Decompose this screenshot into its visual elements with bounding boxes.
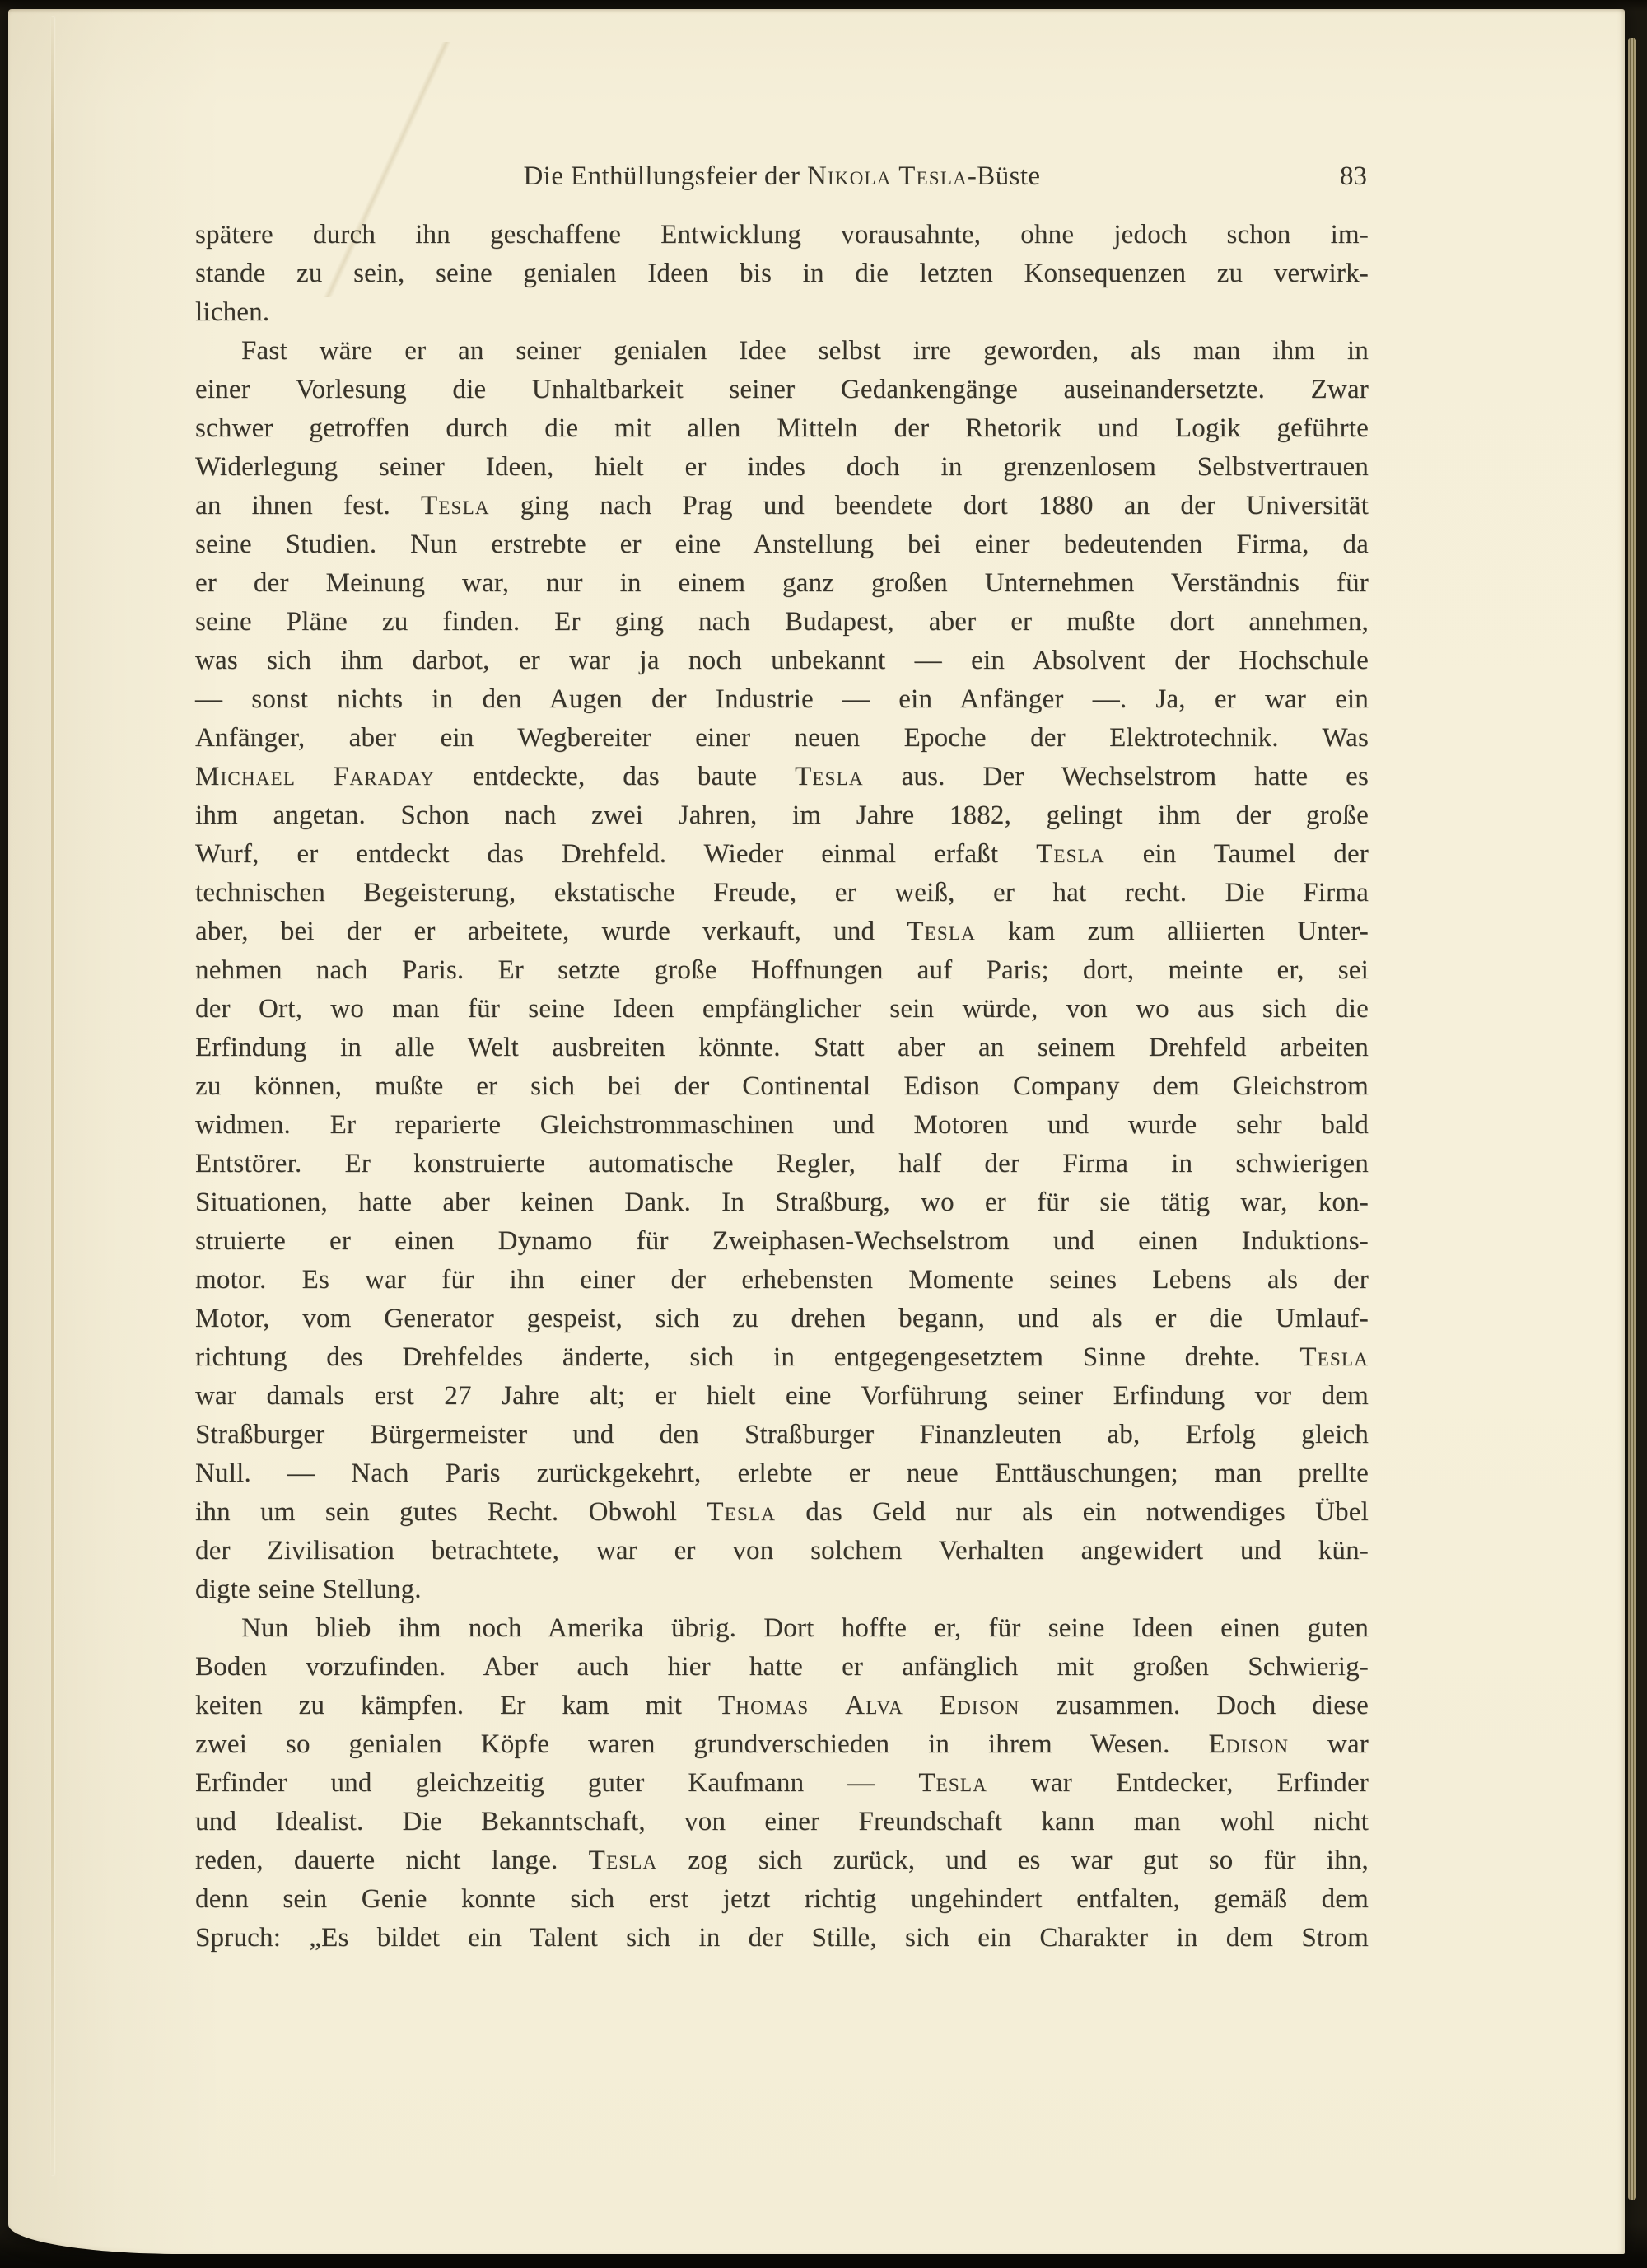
body-line: technischen Begeisterung, ekstatische Fr… <box>195 874 1369 912</box>
small-caps-name: Tesla <box>918 1768 987 1798</box>
body-line: Fast wäre er an seiner genialen Idee sel… <box>195 332 1369 371</box>
small-caps-name: Michael <box>195 762 296 791</box>
body-line: digte seine Stellung. <box>195 1570 1369 1609</box>
page-edge-stack <box>1628 38 1636 2200</box>
body-line: seine Studien. Nun erstrebte er eine Ans… <box>195 525 1369 564</box>
body-line: Erfindung in alle Welt ausbreiten könnte… <box>195 1029 1369 1067</box>
small-caps-name: Faraday <box>334 762 435 791</box>
small-caps-name: Alva <box>845 1691 903 1720</box>
body-line: Boden vorzufinden. Aber auch hier hatte … <box>195 1648 1369 1687</box>
body-line: Nun blieb ihm noch Amerika übrig. Dort h… <box>195 1609 1369 1648</box>
small-caps-name: Tesla <box>898 161 968 191</box>
body-line: denn sein Genie konnte sich erst jetzt r… <box>195 1880 1369 1919</box>
scanned-book-photo: Die Enthüllungsfeier der Nikola Tesla-Bü… <box>0 0 1647 2268</box>
body-line: motor. Es war für ihn einer der erhebens… <box>195 1261 1369 1300</box>
body-line: was sich ihm darbot, er war ja noch unbe… <box>195 642 1369 680</box>
body-line: seine Pläne zu finden. Er ging nach Buda… <box>195 603 1369 642</box>
small-caps-name: Thomas <box>718 1691 809 1720</box>
small-caps-name: Tesla <box>1036 839 1105 869</box>
body-line: ihn um sein gutes Recht. Obwohl Tesla da… <box>195 1493 1369 1532</box>
body-line: einer Vorlesung die Unhaltbarkeit seiner… <box>195 371 1369 409</box>
body-line: und Idealist. Die Bekanntschaft, von ein… <box>195 1803 1369 1841</box>
small-caps-name: Tesla <box>589 1846 658 1875</box>
body-line: der Ort, wo man für seine Ideen empfängl… <box>195 990 1369 1029</box>
small-caps-name: Tesla <box>707 1497 776 1527</box>
body-line: richtung des Drehfeldes änderte, sich in… <box>195 1338 1369 1377</box>
body-line: Widerlegung seiner Ideen, hielt er indes… <box>195 448 1369 487</box>
body-line: Straßburger Bürgermeister und den Straßb… <box>195 1416 1369 1454</box>
body-line: er der Meinung war, nur in einem ganz gr… <box>195 564 1369 603</box>
body-line: keiten zu kämpfen. Er kam mit Thomas Alv… <box>195 1687 1369 1725</box>
body-line: reden, dauerte nicht lange. Tesla zog si… <box>195 1841 1369 1880</box>
body-line: nehmen nach Paris. Er setzte große Hoffn… <box>195 951 1369 990</box>
small-caps-name: Tesla <box>795 762 864 791</box>
body-line: Situationen, hatte aber keinen Dank. In … <box>195 1183 1369 1222</box>
small-caps-name: Tesla <box>421 491 490 520</box>
gutter-crease-line <box>51 17 54 2175</box>
small-caps-name: Tesla <box>1299 1342 1369 1372</box>
body-line: struierte er einen Dynamo für Zweiphasen… <box>195 1222 1369 1261</box>
body-line: Anfänger, aber ein Wegbereiter einer neu… <box>195 719 1369 758</box>
text-block: spätere durch ihn geschaffene Entwicklun… <box>195 216 1369 1958</box>
body-line: ihm angetan. Schon nach zwei Jahren, im … <box>195 796 1369 835</box>
body-line: — sonst nichts in den Augen der Industri… <box>195 680 1369 719</box>
small-caps-name: Edison <box>1208 1729 1289 1759</box>
body-line: Erfinder und gleichzeitig guter Kaufmann… <box>195 1764 1369 1803</box>
body-line: Entstörer. Er konstruierte automatische … <box>195 1145 1369 1183</box>
body-line: war damals erst 27 Jahre alt; er hielt e… <box>195 1377 1369 1416</box>
body-line: Michael Faraday entdeckte, das baute Tes… <box>195 758 1369 796</box>
running-title: Die Enthüllungsfeier der Nikola Tesla-Bü… <box>195 158 1369 194</box>
body-line: aber, bei der er arbeitete, wurde verkau… <box>195 912 1369 951</box>
body-line: schwer getroffen durch die mit allen Mit… <box>195 409 1369 448</box>
body-line: Motor, vom Generator gespeist, sich zu d… <box>195 1300 1369 1338</box>
body-line: stande zu sein, seine genialen Ideen bis… <box>195 254 1369 293</box>
page-header: Die Enthüllungsfeier der Nikola Tesla-Bü… <box>195 158 1369 194</box>
body-line: widmen. Er reparierte Gleichstrommaschin… <box>195 1106 1369 1145</box>
body-line: Spruch: „Es bildet ein Talent sich in de… <box>195 1919 1369 1958</box>
body-line: Null. — Nach Paris zurückgekehrt, erlebt… <box>195 1454 1369 1493</box>
small-caps-name: Nikola <box>807 161 892 191</box>
body-line: der Zivilisation betrachtete, war er von… <box>195 1532 1369 1570</box>
body-line: Wurf, er entdeckt das Drehfeld. Wieder e… <box>195 835 1369 874</box>
body-line: spätere durch ihn geschaffene Entwicklun… <box>195 216 1369 254</box>
body-line: zu können, mußte er sich bei der Contine… <box>195 1067 1369 1106</box>
body-line: an ihnen fest. Tesla ging nach Prag und … <box>195 487 1369 525</box>
page-number: 83 <box>1340 158 1367 194</box>
small-caps-name: Tesla <box>907 917 976 946</box>
small-caps-name: Edison <box>940 1691 1020 1720</box>
body-line: zwei so genialen Köpfe waren grundversch… <box>195 1725 1369 1764</box>
body-line: lichen. <box>195 293 1369 332</box>
book-page: Die Enthüllungsfeier der Nikola Tesla-Bü… <box>8 9 1625 2254</box>
